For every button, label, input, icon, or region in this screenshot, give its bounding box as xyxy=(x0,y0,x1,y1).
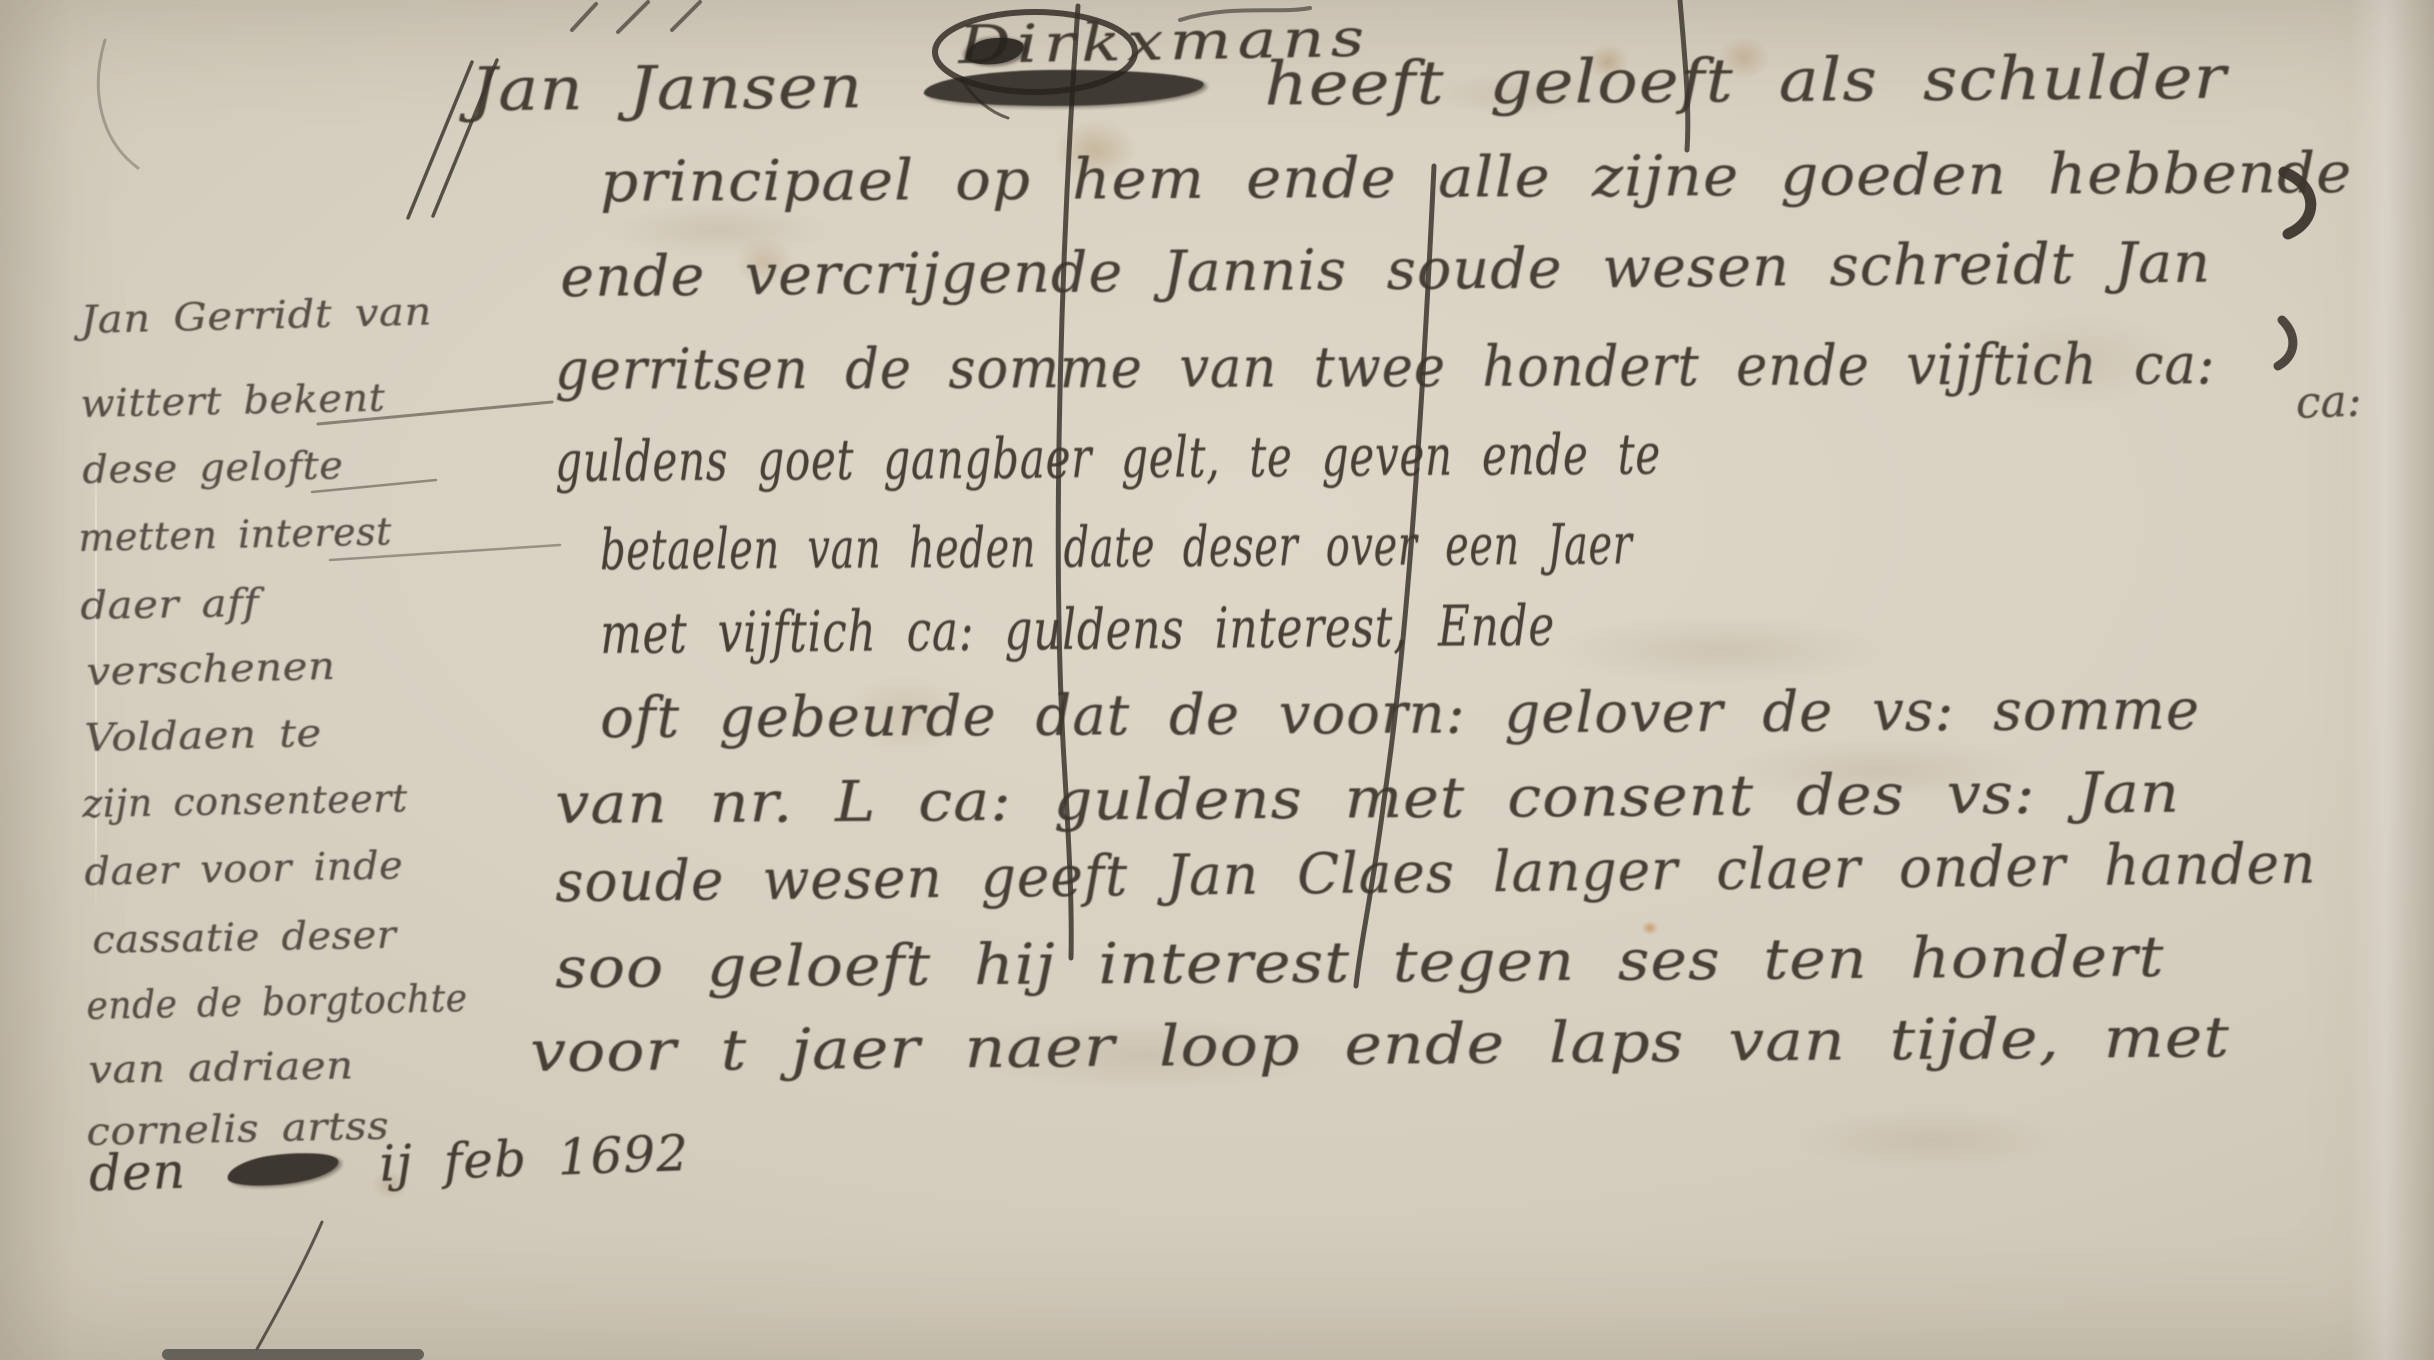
margin-line-4: metten interest xyxy=(78,509,392,560)
date-struck-word-blot xyxy=(225,1148,340,1190)
right-edge-text-fragment: ca: xyxy=(2295,376,2362,429)
margin-line-10: cassatie deser xyxy=(92,913,397,962)
margin-line-3: dese gelofte xyxy=(82,443,344,492)
margin-line-1: Jan Gerridt van xyxy=(80,289,432,342)
main-line-1: Jan Jansen heeft geloeft als schulder xyxy=(470,43,2227,125)
margin-line-2: wittert bekent xyxy=(80,376,386,426)
manuscript-page: Dirkxmans Jan Jansen heeft geloeft als s… xyxy=(0,0,2434,1360)
main-line-10: soude wesen geeft Jan Claes langer claer… xyxy=(555,832,2317,915)
top-edge-stroke-3 xyxy=(672,2,700,30)
margin-line-6: verschenen xyxy=(86,644,336,694)
main-line-9: van nr. L ca: guldens met consent des vs… xyxy=(555,761,2180,837)
faint-corner-stroke xyxy=(98,40,138,168)
date-value: ij feb 1692 xyxy=(378,1124,689,1193)
main-line-11: soo geloeft hij interest tegen ses ten h… xyxy=(555,925,2165,1001)
main-line-7: met vijftich ca: guldens interest, Ende xyxy=(600,594,1555,667)
scan-edge-shadow xyxy=(162,1349,424,1360)
right-edge-mark-2 xyxy=(2278,320,2293,366)
margin-line-11: ende de borgtochte xyxy=(86,976,468,1028)
margin-line-12: van adriaen xyxy=(88,1043,354,1092)
struck-out-word-blot xyxy=(924,69,1204,107)
margin-line-7: Voldaen te xyxy=(84,711,322,760)
margin-line-5: daer aff xyxy=(80,581,259,628)
date-prefix: den xyxy=(88,1142,187,1203)
top-edge-stroke-1 xyxy=(572,4,596,30)
main-line-6: betaelen van heden date deser over een J… xyxy=(600,513,1633,583)
main-line-12: voor t jaer naer loop ende laps van tijd… xyxy=(530,1005,2230,1085)
margin-line-9: daer voor inde xyxy=(84,843,404,894)
main-line-5: guldens goet gangbaer gelt, te geven end… xyxy=(555,422,1661,495)
main-line-2: principael op hem ende alle zijne goeden… xyxy=(600,141,2353,215)
main-line-1-right: heeft geloeft als schulder xyxy=(1264,43,2227,120)
date-descender-stroke xyxy=(257,1222,322,1349)
margin-line-8: zijn consenteert xyxy=(82,776,408,826)
main-line-8: oft gebeurde dat de voorn: gelover de vs… xyxy=(600,678,2200,751)
main-line-3: ende vercrijgende Jannis soude wesen sch… xyxy=(560,231,2211,310)
main-line-1-left: Jan Jansen xyxy=(470,52,864,125)
main-line-4: gerritsen de somme van twee hondert ende… xyxy=(555,332,2216,403)
top-edge-stroke-2 xyxy=(618,2,648,32)
flourish-slash-1 xyxy=(408,62,472,218)
